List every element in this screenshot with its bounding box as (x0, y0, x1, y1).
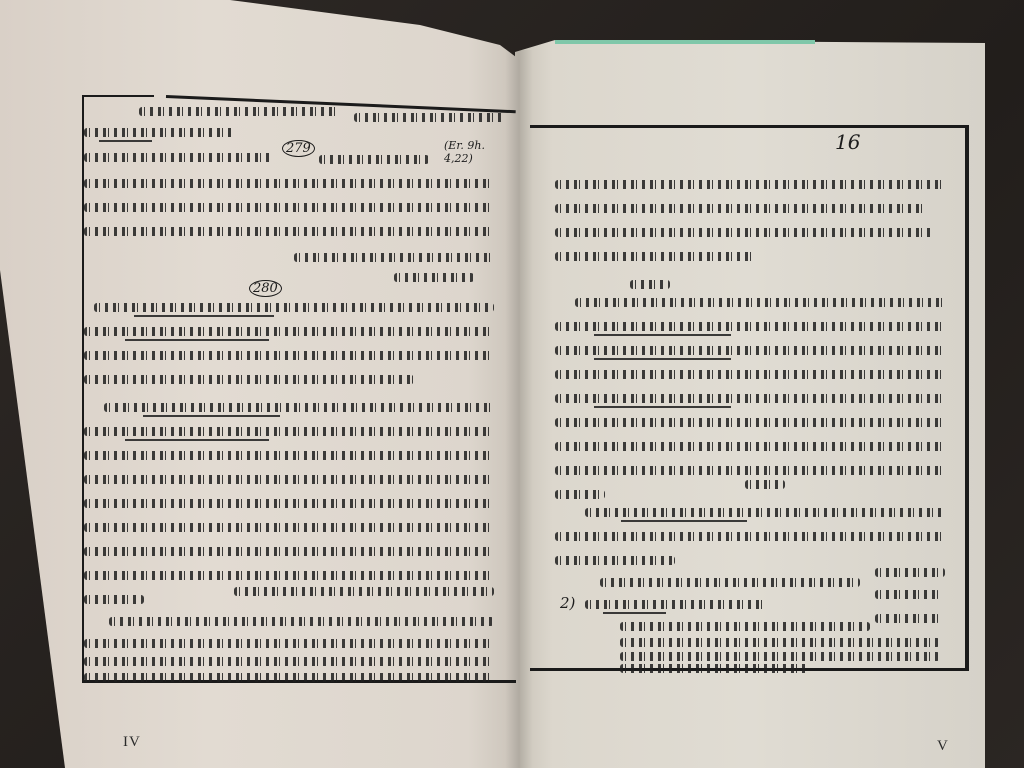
handwritten-line (84, 128, 234, 137)
left-manuscript-facsimile: (Er. 9h. 4,22) 279 280 (82, 95, 516, 683)
handwritten-line (555, 490, 605, 499)
handwritten-line (555, 556, 675, 565)
manuscript-page-number: 16 (835, 130, 860, 154)
handwritten-line (585, 508, 945, 517)
margin-note (875, 614, 940, 623)
top-rule-short (84, 95, 154, 97)
handwritten-line (84, 657, 494, 666)
list-item-dash (620, 638, 940, 647)
handwritten-line (630, 280, 670, 289)
list-marker: 2) (560, 594, 575, 612)
handwritten-line (234, 587, 494, 596)
handwritten-line (354, 113, 504, 122)
handwritten-line (555, 394, 945, 403)
handwritten-line (84, 227, 494, 236)
handwritten-line (84, 153, 274, 162)
list-item-dash (620, 622, 870, 631)
handwritten-line (84, 375, 414, 384)
handwritten-line (84, 351, 494, 360)
handwritten-line (84, 639, 494, 648)
handwritten-line (104, 403, 494, 412)
handwritten-line (84, 203, 494, 212)
circled-reference: 279 (282, 140, 315, 157)
handwritten-line (84, 499, 494, 508)
handwritten-line (394, 273, 474, 282)
handwritten-line (745, 480, 785, 489)
handwritten-line (575, 298, 945, 307)
handwritten-line (555, 466, 945, 475)
margin-note (875, 590, 940, 599)
handwritten-line (84, 451, 494, 460)
right-page-number: V (937, 738, 949, 755)
handwritten-line (555, 228, 935, 237)
handwritten-line (84, 547, 494, 556)
handwritten-line (84, 673, 494, 682)
handwritten-line (84, 595, 144, 604)
handwritten-line (555, 252, 755, 261)
handwritten-line (555, 532, 945, 541)
handwritten-line (84, 571, 494, 580)
page-edge-accent (555, 40, 815, 44)
handwritten-line (84, 327, 494, 336)
handwritten-line (294, 253, 494, 262)
handwritten-line (84, 523, 494, 532)
handwritten-line (585, 600, 765, 609)
handwritten-line (555, 442, 945, 451)
handwritten-line (84, 179, 494, 188)
handwritten-line (94, 303, 494, 312)
handwritten-line (84, 475, 494, 484)
list-item-dash (620, 664, 810, 673)
handwritten-line (555, 322, 945, 331)
handwritten-line (139, 107, 339, 116)
handwritten-line (555, 346, 945, 355)
handwritten-line (600, 578, 860, 587)
list-item-dash (620, 652, 940, 661)
handwritten-line (555, 204, 925, 213)
right-manuscript-facsimile: 16 2) (530, 125, 969, 671)
circled-reference: 280 (249, 280, 282, 297)
margin-reference: (Er. 9h. 4,22) (444, 139, 516, 165)
handwritten-line (84, 427, 494, 436)
left-page-number: IV (123, 734, 141, 751)
handwritten-line (555, 370, 945, 379)
margin-note (875, 568, 945, 577)
handwritten-line (319, 155, 429, 164)
handwritten-line (109, 617, 494, 626)
handwritten-line (555, 180, 945, 189)
handwritten-line (555, 418, 945, 427)
